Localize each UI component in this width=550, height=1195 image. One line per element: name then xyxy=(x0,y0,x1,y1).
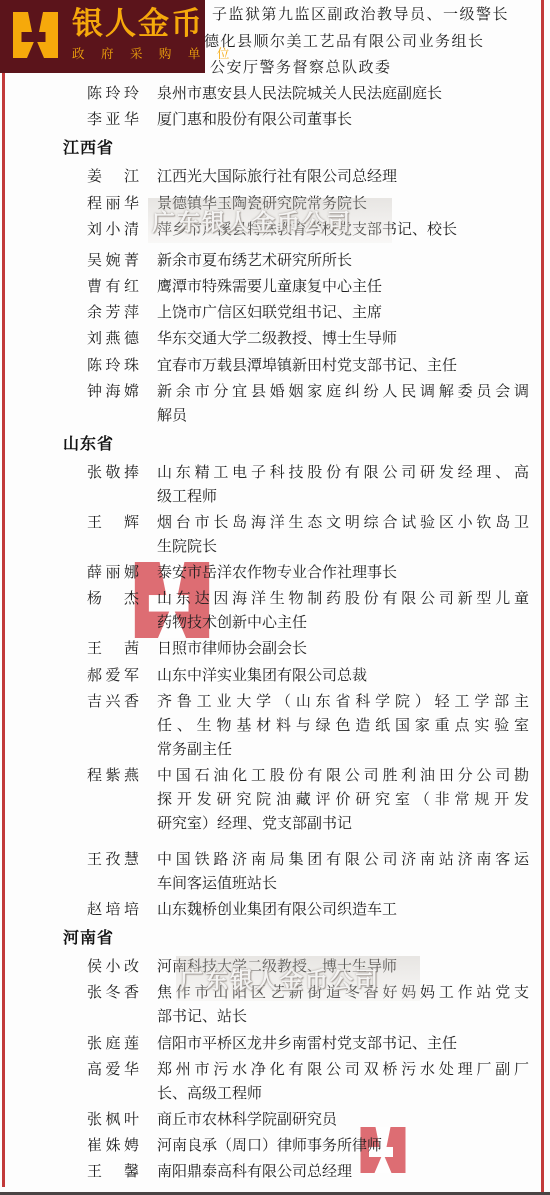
title-line: 药物技术创新中心主任 xyxy=(157,611,529,635)
title-line: 南阳鼎泰高科有限公司总经理 xyxy=(157,1160,529,1184)
entry-name: 余芳萍 xyxy=(87,301,139,325)
province-header: 山东省 xyxy=(63,433,550,457)
entry-row: 张敬捧山东精工电子科技股份有限公司研发经理、高级工程师 xyxy=(87,461,550,509)
entry-title: 华东交通大学二级教授、博士生导师 xyxy=(157,327,529,351)
entry-title: 南阳鼎泰高科有限公司总经理 xyxy=(157,1160,529,1184)
entry-name: 程丽华 xyxy=(87,192,139,216)
entry-title: 山东精工电子科技股份有限公司研发经理、高级工程师 xyxy=(157,461,529,509)
entry-title: 烟台市长岛海洋生态文明综合试验区小钦岛卫生院院长 xyxy=(157,511,529,559)
entry-row: 程紫燕中国石油化工股份有限公司胜利油田分公司勘探开发研究院油藏评价研究室（非常规… xyxy=(87,764,550,836)
entry-name: 曹有红 xyxy=(87,275,139,299)
title-line: 鹰潭市特殊需要儿童康复中心主任 xyxy=(157,275,529,299)
entry-row: 陈玲玲泉州市惠安县人民法院城关人民法庭副庭长 xyxy=(87,82,550,106)
title-line: 泰安市岳洋农作物专业合作社理事长 xyxy=(157,561,529,585)
entry-title: 商丘市农林科学院副研究员 xyxy=(157,1108,529,1132)
entry-row: 钟海嫦新余市分宜县婚姻家庭纠纷人民调解委员会调解员 xyxy=(87,380,550,428)
title-line: 山东精工电子科技股份有限公司研发经理、高 xyxy=(157,461,529,485)
entry-title: 日照市律师协会副会长 xyxy=(157,637,529,661)
entry-name: 刘燕德 xyxy=(87,327,139,351)
entry-row: 陈玲珠宜春市万载县潭埠镇新田村党支部书记、主任 xyxy=(87,354,550,378)
entry-title: 宜春市万载县潭埠镇新田村党支部书记、主任 xyxy=(157,354,529,378)
entry-name: 张庭莲 xyxy=(87,1032,139,1056)
entry-title: 郑州市污水净化有限公司双桥污水处理厂副厂长、高级工程师 xyxy=(157,1058,529,1106)
title-line: 山东魏桥创业集团有限公司织造车工 xyxy=(157,898,529,922)
entry-name: 高爱华 xyxy=(87,1058,139,1106)
title-line: 中国石油化工股份有限公司胜利油田分公司勘 xyxy=(157,764,529,788)
entry-title: 厦门惠和股份有限公司董事长 xyxy=(157,108,529,132)
title-line: 烟台市长岛海洋生态文明综合试验区小钦岛卫 xyxy=(157,511,529,535)
brand-header: 银人金币 政 府 采 购 单 位 xyxy=(0,0,205,73)
m-monogram-icon xyxy=(13,12,58,58)
entry-title: 新余市分宜县婚姻家庭纠纷人民调解委员会调解员 xyxy=(157,380,529,428)
entry-title: 信阳市平桥区龙井乡南雷村党支部书记、主任 xyxy=(157,1032,529,1056)
title-line: 部书记、站长 xyxy=(157,1005,529,1029)
entry-row: 赵培培山东魏桥创业集团有限公司织造车工 xyxy=(87,898,550,922)
entry-title: 上饶市广信区妇联党组书记、主席 xyxy=(157,301,529,325)
entry-name: 陈玲珠 xyxy=(87,354,139,378)
entry-row: 余芳萍上饶市广信区妇联党组书记、主席 xyxy=(87,301,550,325)
title-line: 泉州市惠安县人民法院城关人民法庭副庭长 xyxy=(157,82,529,106)
entry-title: 山东魏桥创业集团有限公司织造车工 xyxy=(157,898,529,922)
entry-title: 江西光大国际旅行社有限公司总经理 xyxy=(157,165,529,189)
title-line: 解员 xyxy=(157,404,529,428)
title-line: 河南良承（周口）律师事务所律师 xyxy=(157,1134,529,1158)
watermark-text-2: 广东银人金币公司 xyxy=(176,956,420,1001)
entry-title: 齐鲁工业大学（山东省科学院）轻工学部主任、生物基材料与绿色造纸国家重点实验室常务… xyxy=(157,690,529,762)
entry-row: 刘燕德华东交通大学二级教授、博士生导师 xyxy=(87,327,550,351)
province-header: 江西省 xyxy=(63,137,550,161)
title-line: 车间客运值班站长 xyxy=(157,872,529,896)
entry-name: 杨杰 xyxy=(87,587,139,635)
entry-row: 王馨南阳鼎泰高科有限公司总经理 xyxy=(87,1160,550,1184)
title-line: 新余市夏布绣艺术研究所所长 xyxy=(157,249,529,273)
title-line: 江西光大国际旅行社有限公司总经理 xyxy=(157,165,529,189)
entry-name: 郝爱军 xyxy=(87,664,139,688)
entry-name: 王孜慧 xyxy=(87,848,139,896)
entry-row: 吉兴香齐鲁工业大学（山东省科学院）轻工学部主任、生物基材料与绿色造纸国家重点实验… xyxy=(87,690,550,762)
title-line: 齐鲁工业大学（山东省科学院）轻工学部主 xyxy=(157,690,529,714)
title-line: 常务副主任 xyxy=(157,738,529,762)
title-line: 信阳市平桥区龙井乡南雷村党支部书记、主任 xyxy=(157,1032,529,1056)
entry-name: 钟海嫦 xyxy=(87,380,139,428)
entry-row: 王孜慧中国铁路济南局集团有限公司济南站济南客运车间客运值班站长 xyxy=(87,848,550,896)
entry-name: 崔姝娉 xyxy=(87,1134,139,1158)
title-line: 厦门惠和股份有限公司董事长 xyxy=(157,108,529,132)
entry-name: 吉兴香 xyxy=(87,690,139,762)
entry-title: 新余市夏布绣艺术研究所所长 xyxy=(157,249,529,273)
title-line: 级工程师 xyxy=(157,485,529,509)
brand-subtitle: 政 府 采 购 单 位 xyxy=(72,44,236,62)
entry-name: 陈玲玲 xyxy=(87,82,139,106)
entry-name: 王馨 xyxy=(87,1160,139,1184)
entry-row: 吴婉菁新余市夏布绣艺术研究所所长 xyxy=(87,249,550,273)
entry-name: 赵培培 xyxy=(87,898,139,922)
title-line: 探开发研究院油藏评价研究室（非常规开发 xyxy=(157,788,529,812)
entry-row: 崔姝娉河南良承（周口）律师事务所律师 xyxy=(87,1134,550,1158)
entry-name: 程紫燕 xyxy=(87,764,139,836)
title-line: 郑州市污水净化有限公司双桥污水处理厂副厂 xyxy=(157,1058,529,1082)
entry-title: 泰安市岳洋农作物专业合作社理事长 xyxy=(157,561,529,585)
entry-name: 张敬捧 xyxy=(87,461,139,509)
brand-name: 银人金币 xyxy=(72,6,236,42)
entry-row: 郝爱军山东中洋实业集团有限公司总裁 xyxy=(87,664,550,688)
entry-row: 高爱华郑州市污水净化有限公司双桥污水处理厂副厂长、高级工程师 xyxy=(87,1058,550,1106)
entry-name: 李亚华 xyxy=(87,108,139,132)
award-list: 陈玲玲泉州市惠安县人民法院城关人民法庭副庭长李亚华厦门惠和股份有限公司董事长江西… xyxy=(0,0,550,1184)
title-line: 山东达因海洋生物制药股份有限公司新型儿童 xyxy=(157,587,529,611)
entry-name: 姜江 xyxy=(87,165,139,189)
title-line: 生院院长 xyxy=(157,535,529,559)
document-page: 子监狱第九监区副政治教导员、一级警长德化县顺尔美工艺品有限公司业务组长公安厅警务… xyxy=(0,0,550,1195)
province-header: 河南省 xyxy=(63,927,550,951)
entry-name: 吴婉菁 xyxy=(87,249,139,273)
entry-title: 中国石油化工股份有限公司胜利油田分公司勘探开发研究院油藏评价研究室（非常规开发研… xyxy=(157,764,529,836)
title-line: 商丘市农林科学院副研究员 xyxy=(157,1108,529,1132)
entry-name: 王辉 xyxy=(87,511,139,559)
entry-name: 侯小改 xyxy=(87,955,139,979)
entry-title: 山东中洋实业集团有限公司总裁 xyxy=(157,664,529,688)
watermark-text-1: 广东银人金币公司 xyxy=(148,198,392,243)
entry-title: 山东达因海洋生物制药股份有限公司新型儿童药物技术创新中心主任 xyxy=(157,587,529,635)
title-line: 研究室）经理、党支部副书记 xyxy=(157,812,529,836)
entry-row: 曹有红鹰潭市特殊需要儿童康复中心主任 xyxy=(87,275,550,299)
entry-name: 王茜 xyxy=(87,637,139,661)
entry-row: 王茜日照市律师协会副会长 xyxy=(87,637,550,661)
title-line: 山东中洋实业集团有限公司总裁 xyxy=(157,664,529,688)
entry-name: 刘小清 xyxy=(87,218,139,242)
title-line: 新余市分宜县婚姻家庭纠纷人民调解委员会调 xyxy=(157,380,529,404)
title-line: 上饶市广信区妇联党组书记、主席 xyxy=(157,301,529,325)
entry-row: 薛丽娜泰安市岳洋农作物专业合作社理事长 xyxy=(87,561,550,585)
title-line: 宜春市万载县潭埠镇新田村党支部书记、主任 xyxy=(157,354,529,378)
entry-row: 杨杰山东达因海洋生物制药股份有限公司新型儿童药物技术创新中心主任 xyxy=(87,587,550,635)
title-line: 中国铁路济南局集团有限公司济南站济南客运 xyxy=(157,848,529,872)
title-line: 日照市律师协会副会长 xyxy=(157,637,529,661)
entry-name: 薛丽娜 xyxy=(87,561,139,585)
entry-title: 河南良承（周口）律师事务所律师 xyxy=(157,1134,529,1158)
entry-row: 王辉烟台市长岛海洋生态文明综合试验区小钦岛卫生院院长 xyxy=(87,511,550,559)
title-line: 长、高级工程师 xyxy=(157,1082,529,1106)
entry-row: 张枫叶商丘市农林科学院副研究员 xyxy=(87,1108,550,1132)
entry-row: 李亚华厦门惠和股份有限公司董事长 xyxy=(87,108,550,132)
title-line: 任、生物基材料与绿色造纸国家重点实验室 xyxy=(157,714,529,738)
entry-row: 张庭莲信阳市平桥区龙井乡南雷村党支部书记、主任 xyxy=(87,1032,550,1056)
entry-title: 泉州市惠安县人民法院城关人民法庭副庭长 xyxy=(157,82,529,106)
entry-name: 张冬香 xyxy=(87,981,139,1029)
entry-title: 中国铁路济南局集团有限公司济南站济南客运车间客运值班站长 xyxy=(157,848,529,896)
entry-name: 张枫叶 xyxy=(87,1108,139,1132)
entry-title: 鹰潭市特殊需要儿童康复中心主任 xyxy=(157,275,529,299)
title-line: 华东交通大学二级教授、博士生导师 xyxy=(157,327,529,351)
entry-row: 姜江江西光大国际旅行社有限公司总经理 xyxy=(87,165,550,189)
